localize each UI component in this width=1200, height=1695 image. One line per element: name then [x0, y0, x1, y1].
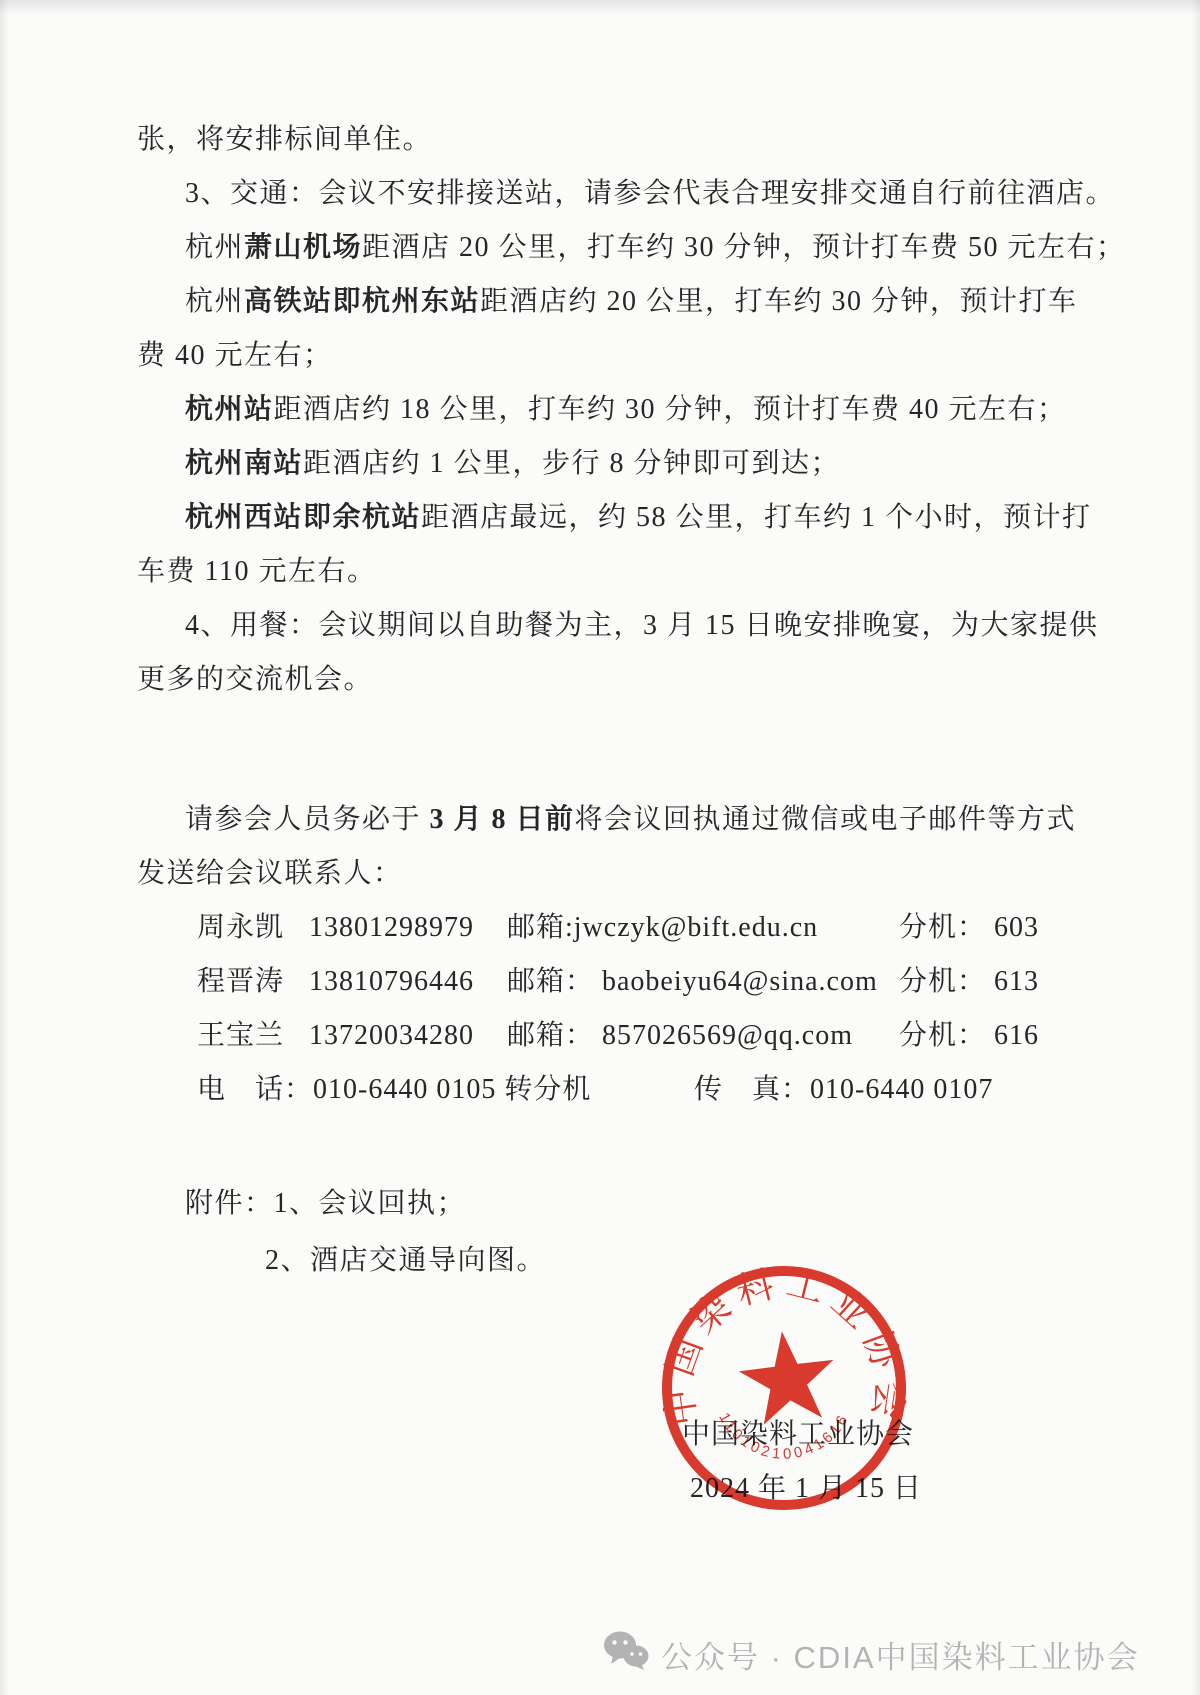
body-line-hangzhou-station: 杭州站距酒店约 18 公里，打车约 30 分钟，预计打车费 40 元左右； [137, 383, 1077, 437]
body-line: 张，将安排标间单住。 [137, 113, 1077, 167]
body-line-west-station: 杭州西站即余杭站距酒店最远，约 58 公里，打车约 1 个小时，预计打 [137, 491, 1077, 545]
body-line: 更多的交流机会。 [137, 653, 1077, 707]
attachment-item-2: 2、酒店交通导向图。 [137, 1232, 1077, 1289]
contact-phone: 13810796446 [309, 955, 507, 1009]
contact-name: 周永凯 [197, 901, 309, 955]
phone-fax-line: 电 话：010-6440 0105 转分机 传 真：010-6440 0107 [197, 1063, 1077, 1117]
body-line-east-station: 杭州高铁站即杭州东站距酒店约 20 公里，打车约 30 分钟，预计打车 [137, 275, 1077, 329]
contact-phone: 13801298979 [309, 901, 507, 955]
contact-phone: 13720034280 [309, 1009, 507, 1063]
attachments-section: 附件：1、会议回执； 2、酒店交通导向图。 [137, 1175, 1077, 1289]
body-line-airport: 杭州萧山机场距酒店 20 公里，打车约 30 分钟，预计打车费 50 元左右； [137, 221, 1077, 275]
contact-email: 邮箱： 857026569@qq.com [507, 1009, 899, 1063]
body-line: 车费 110 元左右。 [137, 545, 1077, 599]
contact-email: 邮箱:jwczyk@bift.edu.cn [507, 901, 899, 955]
body-line: 发送给会议联系人： [137, 847, 1077, 901]
body-line-south-station: 杭州南站距酒店约 1 公里，步行 8 分钟即可到达； [137, 437, 1077, 491]
contact-list: 周永凯 13801298979 邮箱:jwczyk@bift.edu.cn 分机… [197, 901, 1077, 1117]
contact-extension: 分机： 603 [899, 901, 1077, 955]
office-fax: 传 真：010-6440 0107 [694, 1063, 993, 1117]
attachment-item-1: 附件：1、会议回执； [137, 1175, 1077, 1232]
body-line-reply-deadline: 请参会人员务必于 3 月 8 日前将会议回执通过微信或电子邮件等方式 [137, 793, 1077, 847]
contact-row: 王宝兰 13720034280 邮箱： 857026569@qq.com 分机：… [197, 1009, 1077, 1063]
wechat-footer: 公众号 · CDIA中国染料工业协会 [603, 1630, 1140, 1678]
document-body: 张，将安排标间单住。 3、交通：会议不安排接送站，请参会代表合理安排交通自行前往… [137, 0, 1077, 1289]
contact-extension: 分机： 613 [899, 955, 1077, 1009]
contact-name: 程晋涛 [197, 955, 309, 1009]
seal-serial-number: 11010210041616 [715, 1410, 853, 1463]
contact-row: 程晋涛 13810796446 邮箱： baobeiyu64@sina.com … [197, 955, 1077, 1009]
seal-star-icon [735, 1326, 841, 1427]
office-phone: 电 话：010-6440 0105 转分机 [197, 1063, 694, 1117]
body-line: 费 40 元左右； [137, 329, 1077, 383]
scan-artifact-right [1191, 0, 1200, 1695]
body-line-transport-heading: 3、交通：会议不安排接送站，请参会代表合理安排交通自行前往酒店。 [137, 167, 1077, 221]
footer-text: 公众号 · CDIA中国染料工业协会 [661, 1632, 1140, 1677]
wechat-icon [603, 1630, 649, 1678]
scan-artifact-left [0, 0, 9, 1695]
official-seal: 中国染料工业协会 11010210041616 [658, 1262, 910, 1514]
contact-row: 周永凯 13801298979 邮箱:jwczyk@bift.edu.cn 分机… [197, 901, 1077, 955]
contact-name: 王宝兰 [197, 1009, 309, 1063]
body-line-meals: 4、用餐：会议期间以自助餐为主，3 月 15 日晚安排晚宴，为大家提供 [137, 599, 1077, 653]
contact-extension: 分机： 616 [899, 1009, 1077, 1063]
contact-email: 邮箱： baobeiyu64@sina.com [507, 955, 899, 1009]
